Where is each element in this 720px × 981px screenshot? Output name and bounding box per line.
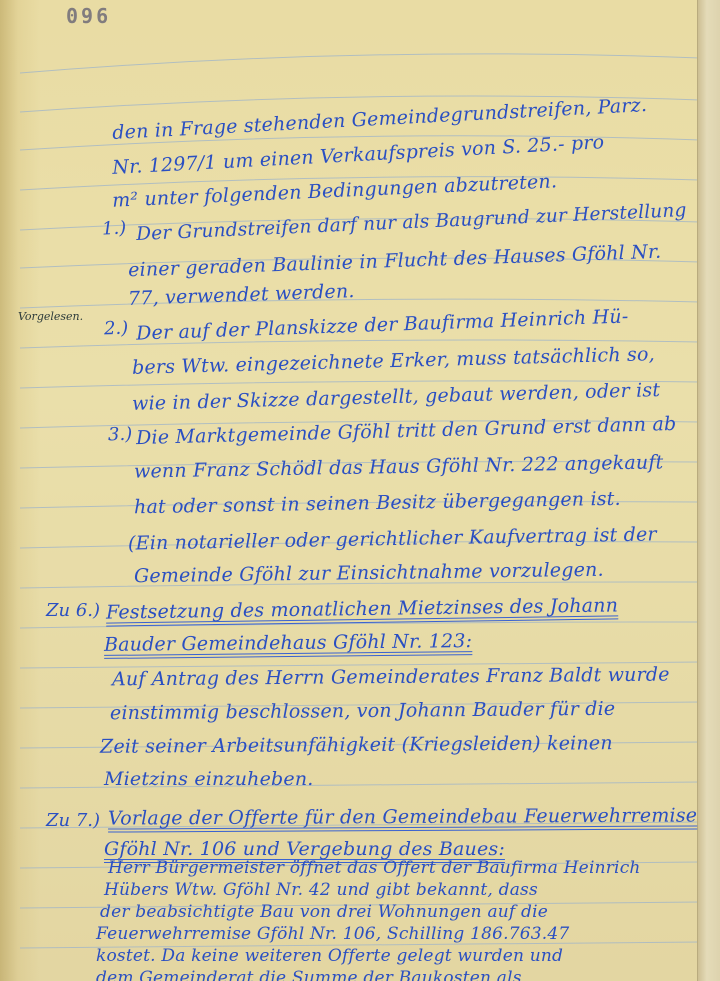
section-label: Zu 6.) bbox=[46, 600, 100, 621]
section-heading: Vorlage der Offerte für den Gemeindebau … bbox=[108, 804, 697, 829]
text-line: Zeit seiner Arbeitsunfähigkeit (Kriegsle… bbox=[100, 732, 613, 758]
text-line: kostet. Da keine weiteren Offerte gelegt… bbox=[96, 946, 563, 966]
condition-number: 2.) bbox=[104, 318, 129, 340]
text-line: dem Gemeinderat die Summe der Baukosten … bbox=[96, 968, 522, 981]
text-line: einstimmig beschlossen, von Johann Baude… bbox=[110, 698, 615, 724]
section-heading: Bauder Gemeindehaus Gföhl Nr. 123: bbox=[104, 630, 472, 656]
section-label: Zu 7.) bbox=[46, 810, 100, 831]
text-line: Herr Bürgermeister öffnet das Offert der… bbox=[108, 858, 641, 878]
text-line: der beabsichtigte Bau von drei Wohnungen… bbox=[100, 902, 548, 922]
condition-number: 3.) bbox=[108, 424, 133, 446]
text-line: Mietzins einzuheben. bbox=[104, 768, 314, 790]
section-heading: Gföhl Nr. 106 und Vergebung des Baues: bbox=[104, 838, 505, 860]
condition-number: 1.) bbox=[101, 217, 126, 239]
text-line: Feuerwehrremise Gföhl Nr. 106, Schilling… bbox=[96, 924, 569, 944]
page-number-stamp: 096 bbox=[66, 4, 111, 28]
margin-note: Vorgelesen. bbox=[18, 310, 83, 323]
next-page-edge bbox=[697, 0, 720, 981]
text-line: Hübers Wtw. Gföhl Nr. 42 und gibt bekann… bbox=[104, 880, 538, 900]
